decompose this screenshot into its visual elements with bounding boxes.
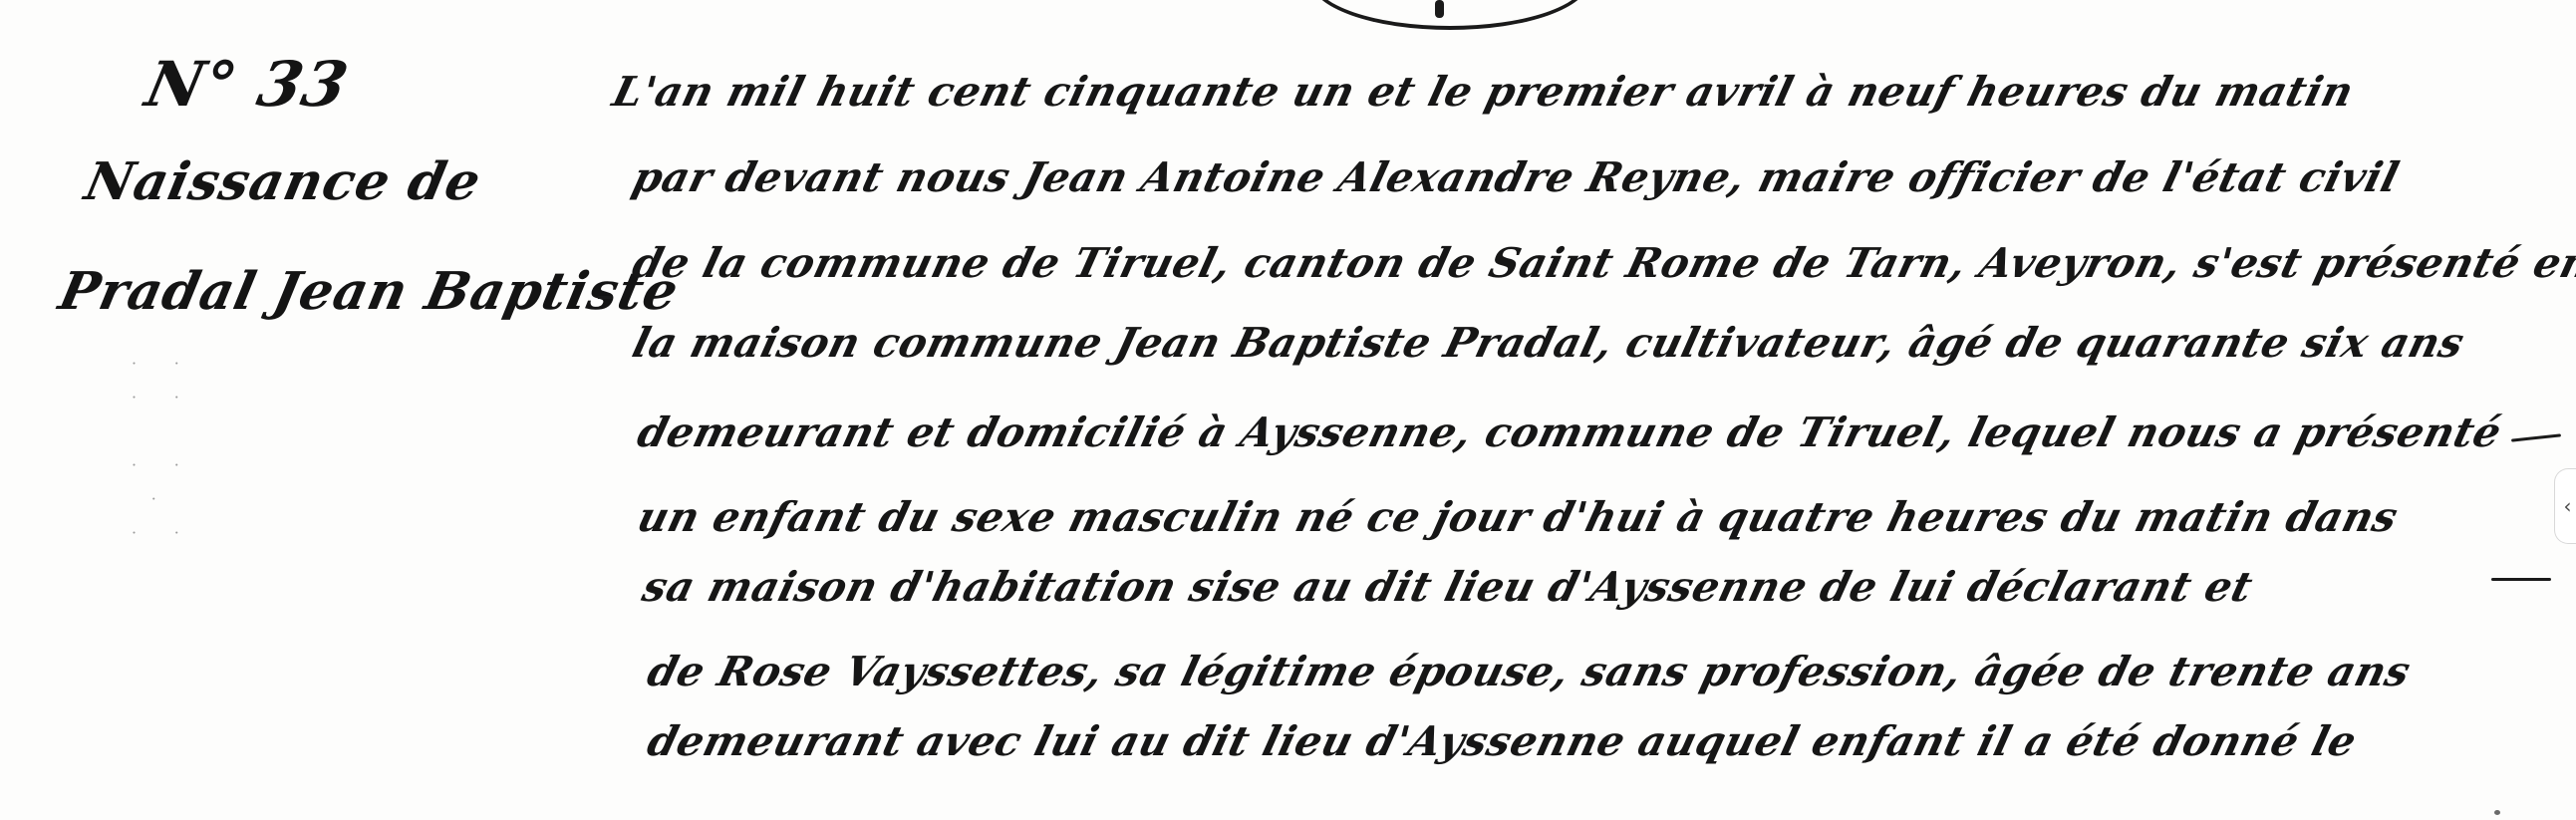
body-line-9: demeurant avec lui au dit lieu d'Ayssenn… bbox=[643, 717, 2362, 765]
body-line-6: un enfant du sexe masculin né ce jour d'… bbox=[633, 493, 2403, 541]
record-number: N° 33 bbox=[140, 48, 355, 121]
ink-speck bbox=[2494, 810, 2500, 815]
record-body: L'an mil huit cent cinquante un et le pr… bbox=[618, 0, 2531, 820]
side-panel-toggle-button[interactable]: ‹ bbox=[2554, 468, 2576, 544]
body-line-1: L'an mil huit cent cinquante un et le pr… bbox=[608, 68, 2359, 116]
body-line-4: la maison commune Jean Baptiste Pradal, … bbox=[628, 319, 2469, 367]
line-start-dash bbox=[598, 296, 612, 299]
chevron-left-icon: ‹ bbox=[2564, 496, 2572, 516]
body-line-7: sa maison d'habitation sise au dit lieu … bbox=[638, 563, 2257, 611]
record-title: Naissance de bbox=[80, 151, 486, 212]
document-page: N° 33 Naissance de Pradal Jean Baptiste … bbox=[0, 0, 2576, 820]
subject-name: Pradal Jean Baptiste bbox=[54, 261, 685, 322]
body-line-2: par devant nous Jean Antoine Alexandre R… bbox=[628, 153, 2404, 201]
margin-ink-specks: ˙ ˙˙ ˙˙ ˙ ˙˙ ˙ bbox=[130, 354, 219, 553]
body-line-5: demeurant et domicilié à Ayssenne, commu… bbox=[633, 409, 2506, 456]
line-end-flourish bbox=[2491, 578, 2551, 581]
body-line-3: de la commune de Tiruel, canton de Saint… bbox=[628, 239, 2576, 287]
margin-annotation: N° 33 Naissance de Pradal Jean Baptiste … bbox=[40, 0, 598, 820]
body-line-8: de Rose Vayssettes, sa légitime épouse, … bbox=[643, 648, 2416, 695]
